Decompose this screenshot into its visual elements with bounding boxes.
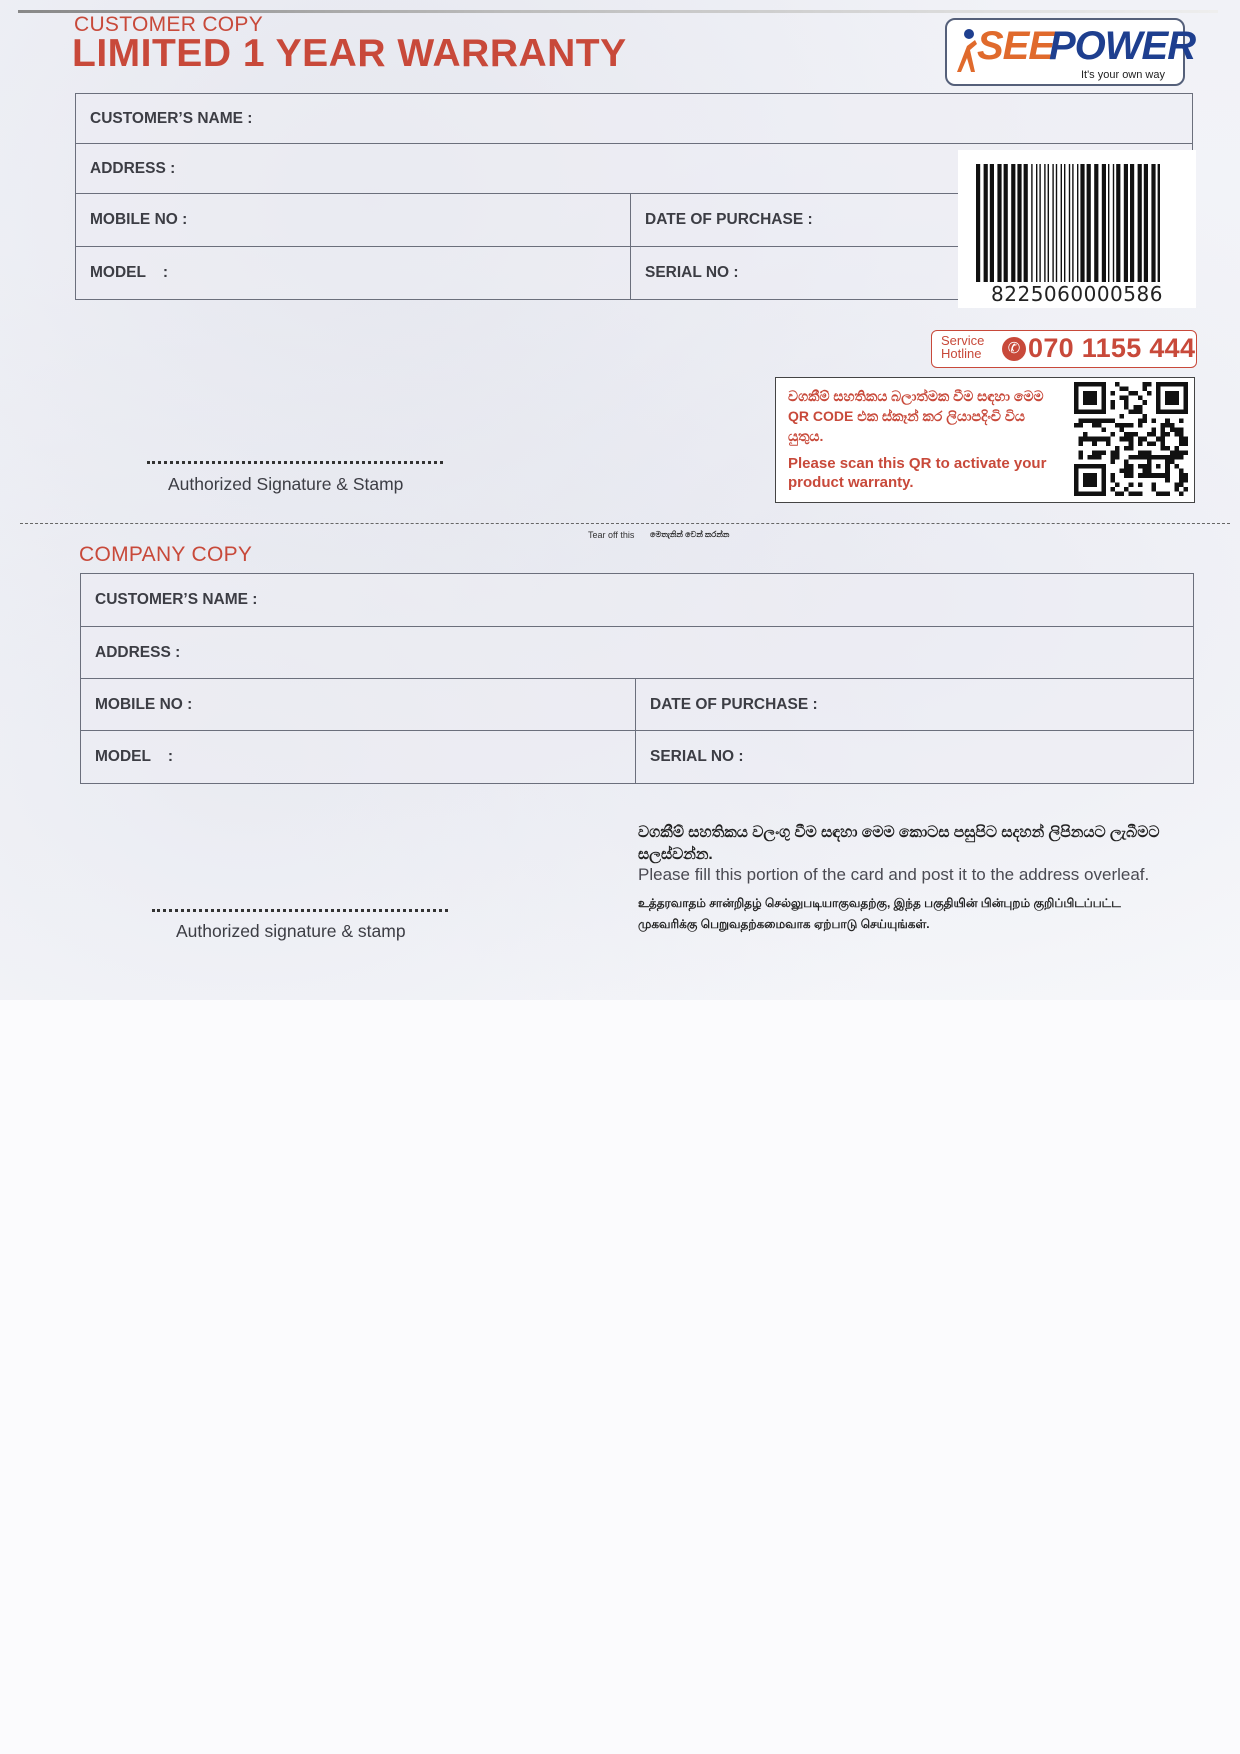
post-instruction-sinhala: වගකීම් සහතිකය වලංගු වීම සඳහා මෙම කොටස පස… [638, 822, 1178, 866]
company-signature-line[interactable] [152, 909, 448, 912]
company-address-field[interactable]: ADDRESS : [81, 627, 1194, 679]
brand-power: POWER [1049, 24, 1195, 69]
qr-instruction-sinhala: වගකීම් සහතිකය බලාත්මක වීම සඳහා මෙම QR CO… [788, 386, 1058, 446]
company-mobile-no-field[interactable]: MOBILE NO : [81, 679, 636, 731]
model-label: MODEL : [90, 264, 168, 281]
tear-off-label-sinhala: මෙතැනින් වෙන් කරන්න [650, 530, 729, 540]
customer-signature-label: Authorized Signature & Stamp [168, 474, 403, 495]
company-serial-no-field[interactable]: SERIAL NO : [636, 731, 1194, 784]
mobile-no-field[interactable]: MOBILE NO : [76, 194, 631, 247]
mobile-no-label: MOBILE NO : [95, 696, 192, 713]
address-label: ADDRESS : [95, 644, 180, 661]
tear-off-label-english: Tear off this [588, 530, 634, 540]
post-instruction-tamil: உத்தரவாதம் சான்றிதழ் செல்லுபடியாகுவதற்கு… [638, 893, 1178, 935]
mobile-no-label: MOBILE NO : [90, 211, 187, 228]
seepower-logo: SEE POWER It's your own way [945, 18, 1185, 86]
serial-no-label: SERIAL NO : [650, 748, 744, 765]
company-customer-name-field[interactable]: CUSTOMER’S NAME : [81, 574, 1194, 627]
barcode-icon [976, 164, 1160, 282]
hotline-label-line2: Hotline [941, 347, 984, 360]
model-field[interactable]: MODEL : [76, 247, 631, 300]
warranty-title: LIMITED 1 YEAR WARRANTY [72, 32, 627, 76]
brand-see: SEE [977, 24, 1054, 69]
serial-no-label: SERIAL NO : [645, 264, 739, 281]
qr-instruction-english: Please scan this QR to activate your pro… [788, 454, 1058, 492]
runner-icon [955, 28, 979, 74]
brand-tagline: It's your own way [1081, 69, 1165, 81]
company-model-field[interactable]: MODEL : [81, 731, 636, 784]
service-hotline: Service Hotline ✆ 070 1155 444 [931, 330, 1197, 368]
company-signature-label: Authorized signature & stamp [176, 921, 406, 942]
post-instruction-english: Please fill this portion of the card and… [638, 865, 1149, 885]
barcode-sticker: 8225060000586 [958, 150, 1196, 308]
customer-signature-line[interactable] [147, 461, 443, 464]
hotline-label: Service Hotline [941, 334, 984, 360]
customer-name-label: CUSTOMER’S NAME : [90, 110, 252, 127]
model-label: MODEL : [95, 748, 173, 765]
address-label: ADDRESS : [90, 160, 175, 177]
company-copy-label: COMPANY COPY [79, 543, 252, 567]
company-copy-form: CUSTOMER’S NAME : ADDRESS : MOBILE NO : … [80, 573, 1194, 784]
company-date-of-purchase-field[interactable]: DATE OF PURCHASE : [636, 679, 1194, 731]
date-of-purchase-label: DATE OF PURCHASE : [645, 211, 813, 228]
date-of-purchase-label: DATE OF PURCHASE : [650, 696, 818, 713]
phone-icon: ✆ [1002, 337, 1026, 361]
customer-name-field[interactable]: CUSTOMER’S NAME : [76, 94, 1193, 144]
qr-activation-panel: වගකීම් සහතිකය බලාත්මක වීම සඳහා මෙම QR CO… [775, 377, 1195, 503]
customer-name-label: CUSTOMER’S NAME : [95, 591, 257, 608]
qr-code-icon[interactable] [1074, 382, 1188, 496]
barcode-number: 8225060000586 [958, 282, 1196, 306]
tear-off-line [20, 523, 1230, 524]
hotline-number[interactable]: 070 1155 444 [1028, 333, 1195, 364]
